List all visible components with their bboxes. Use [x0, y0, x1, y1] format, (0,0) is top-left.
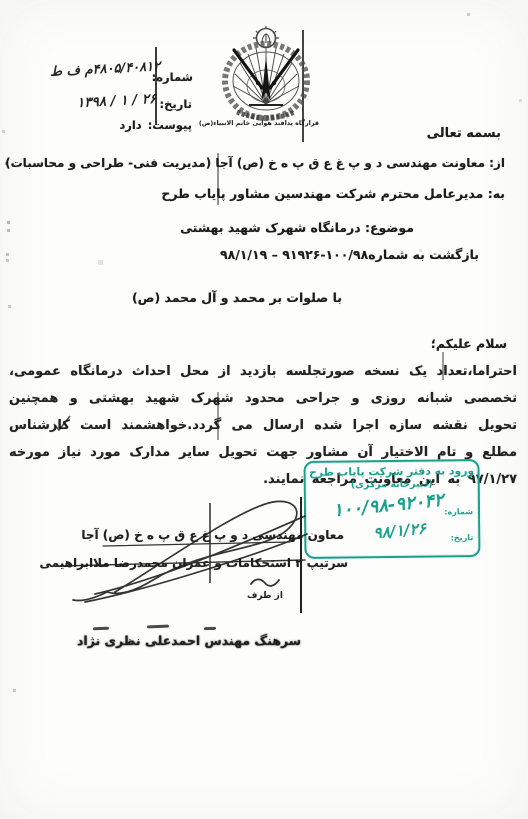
- stamp-number-value: ۱۰۰/۹۸-۹۲۰۴۲: [332, 490, 444, 522]
- letter-date-value: ۲۶ / ۱ / ۱۳۹۸: [76, 91, 156, 111]
- to-line: به: مدیرعامل محترم شرکت مهندسین مشاور پا…: [161, 186, 505, 201]
- signature-scribble: [55, 490, 345, 615]
- reference-line: بازگشت به شماره۱۰۰/۹۸-۹۱۹۲۶ – ۹۸/۱/۱۹: [220, 247, 479, 262]
- stamp-date-label: تاریخ:: [451, 533, 474, 542]
- letter-attachment-value: دارد: [119, 118, 141, 132]
- emblem-caption: قرارگاه پدافند هوایی خاتم الانبیاء(ص): [213, 119, 319, 127]
- ink-smudge: [93, 627, 109, 630]
- letter-attachment-row: پیوست: دارد: [119, 118, 192, 132]
- scanned-letter-page: شماره: ۴۸۰۵/۴۰۸۱۲م ف ط تاریخ: ۲۶ / ۱ / ۱…: [0, 0, 528, 819]
- stamp-subtitle: (دبیرخانه مرکزی): [306, 478, 478, 491]
- deputy-name-stamp: سرهنگ مهندس احمدعلی نظری نژاد: [77, 633, 301, 648]
- salawat-line: با صلوات بر محمد و آل محمد (ص): [132, 290, 342, 305]
- bismillah-text: بسمه تعالی: [427, 126, 501, 141]
- letter-date-row: تاریخ:: [160, 97, 192, 111]
- stamp-number-label: شماره:: [444, 507, 473, 516]
- from-line: از: معاونت مهندسی د و پ غ ع ق پ ه خ (ص) …: [5, 156, 505, 170]
- check-ink-mark: [52, 414, 72, 434]
- stamp-title: ورود به دفتر شرکت پایاب طرح: [306, 464, 478, 479]
- army-emblem-icon: [219, 24, 313, 122]
- subject-line: موضوع: درمانگاه شهرک شهید بهشتی: [180, 220, 414, 235]
- letter-number-value: ۴۸۰۵/۴۰۸۱۲م ف ط: [49, 59, 160, 80]
- letter-date-label: تاریخ:: [160, 97, 192, 111]
- greeting-line: سلام علیکم؛: [431, 336, 507, 351]
- scan-noise: [0, 0, 1, 1]
- letter-attachment-label: پیوست:: [148, 118, 192, 132]
- ink-smudge: [204, 627, 216, 630]
- ink-smudge: [147, 625, 169, 628]
- stamp-date-value: ۹۸/۱/۲۶: [373, 519, 427, 542]
